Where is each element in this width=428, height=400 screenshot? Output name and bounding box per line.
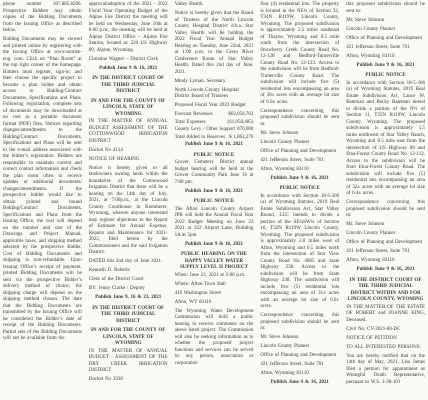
budget-line-label: Total Expenses [175, 120, 206, 127]
budget-line: Forecast Revenues$62,058,763 [175, 112, 254, 119]
notice-text-line: Where: Afton Town Hall [175, 282, 254, 289]
notice-paragraph: Notice is hereby given to all landowners… [89, 166, 168, 257]
notice-text-line: Afton, Wyoming 83110 [260, 371, 339, 378]
notice-text-line: Office of Planning and Development [260, 353, 339, 360]
notice-text-line: Afton, Wyoming 83110 [346, 258, 425, 265]
budget-line-value: $ 1,862,276 [229, 135, 253, 142]
publish-date-line: Publish June 9 & 16, 2021 [89, 66, 168, 73]
notice-text-line: 416 Washington Street [175, 291, 254, 298]
notice-paragraph: Correspondence concerning this proposed … [260, 109, 339, 129]
budget-line-value: 870,000 [237, 127, 253, 134]
budget-line: Total Expenses(61,058,485) [175, 120, 254, 127]
notice-text-line: Office of Planning and Development [346, 36, 425, 43]
notice-heading: PUBLIC NOTICE [175, 199, 254, 206]
publish-date-line: Publish June 9 & 16, 2021 [175, 242, 254, 249]
notice-text-line: DATED this 2nd day of June 2021. [89, 259, 168, 266]
notice-text-line: NOTICE OF PETITION [346, 336, 425, 343]
budget-line-label: County Levy / Other Support [175, 127, 236, 134]
notice-text-line: Afton, Wyoming 83110 [260, 167, 339, 174]
notice-paragraph: approval/adoption of the 2021 - 2022 Fis… [89, 2, 168, 54]
notice-column-4: four (4) residential lots. The property … [260, 2, 339, 400]
publish-date-line: Publish June 9 & 16, 2021 [260, 176, 339, 183]
notice-heading: IN THE DISTRICT COURT OF THE THIRD JUDIC… [89, 76, 168, 96]
notice-paragraph: phone number 307.885.8200. Prospective B… [3, 2, 82, 35]
notice-text-line: Docket No 4134 [89, 148, 168, 155]
notice-text-line: Office of Planning and Development [346, 240, 425, 247]
notice-paragraph: You are hereby notified that on the 14th… [346, 354, 425, 387]
notice-text-line: When: June 23, 2021 at 5:00 p.m. [175, 273, 254, 280]
publish-date-line: Publish June 9 & 16, 2021 [346, 267, 425, 274]
notice-paragraph: The Afton Lincoln County Airport JPB wil… [175, 207, 254, 240]
notice-text-line: Afton, Wyoming 83110 [346, 54, 425, 61]
notice-paragraph: IN THE MATTER OF ANNUAL BUDGET ASSESSMEN… [89, 119, 168, 145]
notice-text-line: Afton, WY 83110 [175, 300, 254, 307]
publish-date-line: Publish June 9 & 16, 2021 [175, 142, 254, 149]
notice-paragraph: The Wyoming Water Development Commission… [175, 309, 254, 368]
notice-column-2: approval/adoption of the 2021 - 2022 Fis… [89, 2, 168, 400]
publish-date-line: Publish June 9 & 16, 2021 [175, 189, 254, 196]
notice-text-line: 421 Jefferson Street, Suite 701 [346, 45, 425, 52]
publish-date-line: Publish June 9, 16 & 23, 2021 [89, 295, 168, 302]
notice-heading: PUBLIC NOTICE [346, 73, 425, 80]
notice-paragraph: TO ALL INTERESTED PERSONS: [346, 345, 425, 352]
budget-line: Total Added to Reserves$ 1,862,276 [175, 135, 254, 142]
notice-paragraph: IN THE MATTER OF THE ESTATE OF ROBERT an… [346, 305, 425, 325]
notice-text-line: Proposed Fiscal Year 2022 Budget [175, 103, 254, 110]
notice-text-line: 421 Jefferson Street, Suite 701 [260, 362, 339, 369]
notice-paragraph: In accordance with Section 18-5-306 (a) … [346, 81, 425, 198]
notice-text-line: Mr. Steve Johnson [260, 335, 339, 342]
budget-line: County Levy / Other Support870,000 [175, 127, 254, 134]
notice-text-line: NOTICE OF HEARING [89, 157, 168, 164]
notice-paragraph: In accordance with Section 18-5-306 (a) … [260, 194, 339, 311]
notice-text-line: Christine Wagner – District Clerk [89, 57, 168, 64]
legal-notices-page: phone number 307.885.8200. Prospective B… [0, 0, 428, 400]
notice-text-line: Lincoln County Planner [346, 27, 425, 34]
notice-text-line: 421 Jefferson Street, Suite 701 [346, 249, 425, 256]
notice-heading: PUBLIC NOTICE [260, 186, 339, 193]
budget-line-value: $62,058,763 [228, 112, 253, 119]
notice-text-line: Valley Health. [175, 2, 254, 9]
notice-text-line: Lincoln County Planner [260, 344, 339, 351]
notice-paragraph: Notice is hereby given that the Board of… [175, 11, 254, 76]
notice-heading: IN AND FOR THE COUNTY OF LINCOLN, STATE … [89, 328, 168, 348]
notice-text-line: BY: Jenny Clarke / Deputy [89, 286, 168, 293]
notice-text-line: North Lincoln County Hospital District B… [175, 88, 254, 101]
notice-heading: IN THE DISTRICT COURT OF THE THIRD JUDIC… [346, 278, 425, 304]
publish-date-line: Publish June 9 & 16, 2021 [260, 380, 339, 387]
notice-text-line: 421 Jefferson Street, Suite 701 [260, 158, 339, 165]
notice-text-line: Mr. Steve Johnson [260, 131, 339, 138]
notice-heading: IN AND FOR THE COUNTY OF LINCOLN, STATE … [89, 99, 168, 119]
notice-heading: PUBLIC HEARING ON THE HAPPY VALLEY WATER… [175, 252, 254, 272]
notice-text-line: Lincoln County Planner [260, 140, 339, 147]
budget-line-label: Forecast Revenues [175, 112, 213, 119]
notice-text-line: Kenneth D. Roberts [89, 268, 168, 275]
notice-text-line: Docket No 3938 [89, 377, 168, 384]
notice-column-3: Valley Health.Notice is hereby given tha… [175, 2, 254, 400]
notice-paragraph: Correspondence concerning this proposed … [346, 200, 425, 220]
notice-text-line: Office of Planning and Development [260, 149, 339, 156]
notice-heading: IN THE DISTRICT COURT OF THE THIRD JUDIC… [89, 306, 168, 326]
notice-paragraph: IN THE MATTER OF ANNUAL BUDGET : ASSESSM… [89, 349, 168, 375]
notice-text-line: Civil No. CV-2021-80-DC [346, 327, 425, 334]
notice-text-line: Mindy Lyman, Secretary [175, 79, 254, 86]
budget-line-value: (61,058,485) [228, 120, 254, 127]
notice-text-line: Mr. Steve Johnson [346, 18, 425, 25]
notice-column-1: phone number 307.885.8200. Prospective B… [3, 2, 82, 400]
notice-paragraph: Bidding Documents may be viewed and prin… [3, 37, 82, 343]
notice-paragraph: this proposed subdivision should be sent… [346, 2, 425, 15]
publish-date-line: Publish June 9 & 16, 2021 [346, 63, 425, 70]
budget-line-label: Total Added to Reserves [175, 135, 225, 142]
notice-paragraph: Grover Cemetery District annual budget h… [175, 160, 254, 186]
notice-paragraph: Correspondence concerning this proposed … [260, 313, 339, 333]
notice-paragraph: four (4) residential lots. The property … [260, 2, 339, 106]
notice-text-line: Mr. Steve Johnson [346, 222, 425, 229]
notice-heading: PUBLIC NOTICE [175, 153, 254, 160]
notice-column-5: this proposed subdivision should be sent… [346, 2, 425, 400]
notice-text-line: Lincoln County Planner [346, 231, 425, 238]
notice-text-line: Clerk of the District Court [89, 277, 168, 284]
